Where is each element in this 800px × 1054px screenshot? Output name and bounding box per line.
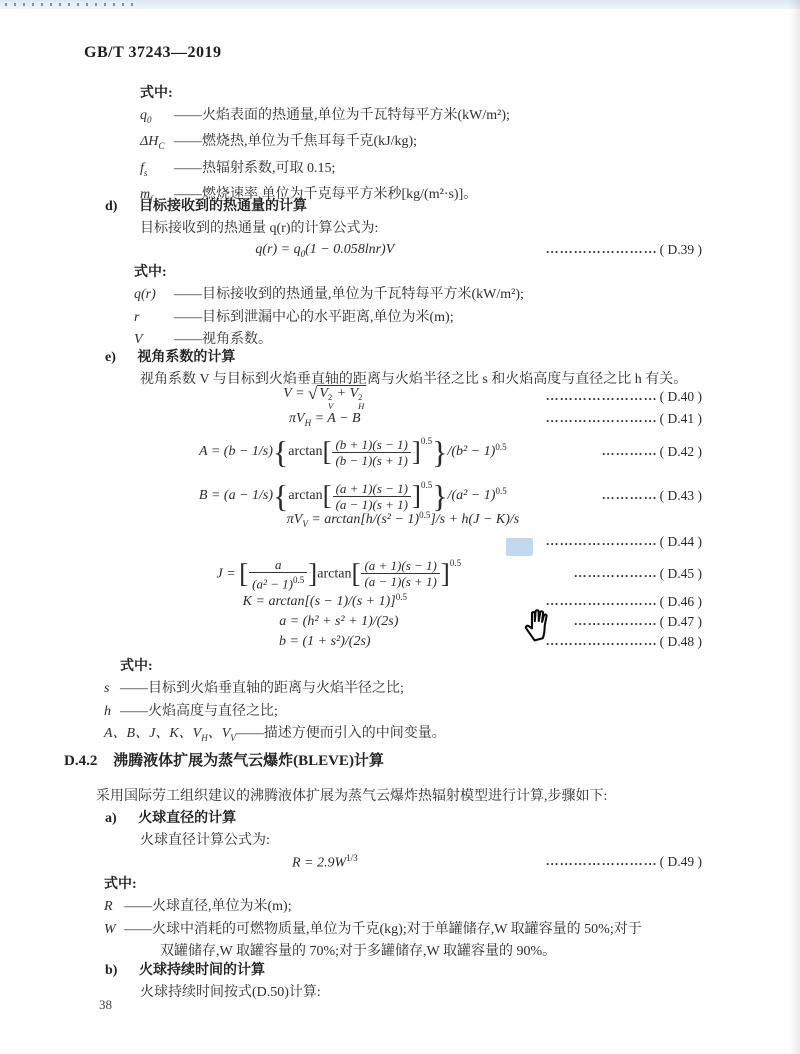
section-e-label: e) [105,350,116,365]
formula-label: ( D.39 ) [660,242,702,257]
section-d42-heading: D.4.2 沸腾液体扩展为蒸气云爆炸(BLEVE)计算 [64,750,384,772]
symbol: s [104,678,120,701]
symbol: ΔHC [140,131,174,157]
left-bracket: [ [322,437,331,467]
symbol-row-q0: q0 ——火焰表面的热通量,单位为千瓦特每平方米(kW/m²); [140,105,510,131]
page-right-edge-shadow [789,0,800,1054]
shizhong-label: 式中: [120,656,446,678]
symbol-desc: ——目标到泄漏中心的水平距离,单位为米(m); [174,307,454,330]
symbol-row-qr: q(r) ——目标接收到的热通量,单位为千瓦特每平方米(kW/m²); [134,284,524,307]
symbols-r-block: 式中: R ——火球直径,单位为米(m); W ——火球中消耗的可燃物质量,单位… [104,874,642,963]
formula-label: ( D.45 ) [660,566,702,581]
symbol: q(r) [134,284,174,307]
left-bracket: [ [351,558,360,588]
right-bracket: ] [412,437,421,467]
scanned-document-page[interactable]: GB/T 37243—2019 式中: q0 ——火焰表面的热通量,单位为千瓦特… [0,0,800,1054]
formula-label: ( D.46 ) [660,594,702,609]
formula-d48: b = (1 + s²)/(2s) ……………………( D.48 ) [104,632,702,652]
section-a-label: a) [105,811,117,826]
section-d-intro: 目标接收到的热通量 q(r)的计算公式为: [140,218,378,240]
scan-artifact-dots [5,3,135,6]
symbol: W [104,919,124,942]
formula-d47: a = (h² + s² + 1)/(2s) ………………( D.47 ) [104,612,702,632]
symbol: r [134,307,174,330]
shizhong-label: 式中: [134,262,524,284]
formula-label: ( D.43 ) [660,488,702,503]
formula-d44-line1: πVV = arctan[h/(s² − 1)0.5]/s + h(J − K)… [104,508,702,532]
section-e: e) 视角系数的计算 [105,347,235,369]
section-b-intro: 火球持续时间按式(D.50)计算: [140,982,321,1004]
formula-label: ( D.47 ) [660,614,702,629]
formula-label: ( D.40 ) [660,389,702,404]
formula-d44-label-line: ……………………( D.44 ) [104,532,702,552]
radical-sign: √ [308,384,317,403]
formula-d39: q(r) = q0(1 − 0.058lnr)V ……………………( D.39 … [104,238,702,262]
formula-d41: πVH = A − B ……………………( D.41 ) [104,408,702,430]
formula-d45: J = [a(a² − 1)0.5]arctan[(a + 1)(s − 1)(… [104,552,702,596]
symbol-desc: ——火球中消耗的可燃物质量,单位为千克(kg);对于单罐储存,W 取罐容量的 5… [124,919,642,942]
symbol-row-s: s ——目标到火焰垂直轴的距离与火焰半径之比; [104,678,446,701]
symbol: fs [140,158,174,184]
symbol-desc: ——热辐射系数,可取 0.15; [174,158,335,184]
right-bracket: ] [441,558,450,588]
grab-hand-cursor-icon [522,602,560,644]
section-b: b) 火球持续时间的计算 [105,960,265,982]
section-a-intro: 火球直径计算公式为: [140,830,270,852]
symbol-row-dhc: ΔHC ——燃烧热,单位为千焦耳每千克(kJ/kg); [140,131,510,157]
standard-number-header: GB/T 37243—2019 [84,44,221,62]
symbol: h [104,701,120,724]
symbol-desc: ——描述方便而引入的中间变量。 [236,723,446,749]
symbol-desc: ——目标到火焰垂直轴的距离与火焰半径之比; [120,678,404,701]
section-b-label: b) [105,963,117,978]
symbol-row-W: W ——火球中消耗的可燃物质量,单位为千克(kg);对于单罐储存,W 取罐容量的… [104,919,642,942]
section-e-title: 视角系数的计算 [137,350,235,365]
symbol-desc: ——火焰表面的热通量,单位为千瓦特每平方米(kW/m²); [174,105,510,131]
symbol-desc: ——燃烧热,单位为千焦耳每千克(kJ/kg); [174,131,417,157]
shizhong-label: 式中: [104,874,642,896]
symbol-desc: ——火球直径,单位为米(m); [124,896,292,919]
left-bracket: [ [239,558,248,588]
right-bracket: ] [308,558,317,588]
section-a-title: 火球直径的计算 [138,811,236,826]
section-d: d) 目标接收到的热通量的计算 [105,196,307,218]
symbol-desc: ——目标接收到的热通量,单位为千瓦特每平方米(kW/m²); [174,284,524,307]
shizhong-label: 式中: [140,83,510,105]
symbol: A、B、J、K、VH、VV [104,723,236,749]
section-number: D.4.2 [64,753,97,769]
symbols-mid-block: 式中: q(r) ——目标接收到的热通量,单位为千瓦特每平方米(kW/m²); … [134,262,524,352]
formula-label: ( D.44 ) [660,534,702,549]
right-brace: } [432,434,447,470]
left-bracket: [ [323,481,332,511]
formula-label: ( D.41 ) [660,411,702,426]
selection-highlight [506,538,533,556]
formula-label: ( D.42 ) [660,444,702,459]
section-b-title: 火球持续时间的计算 [139,963,265,978]
page-number: 38 [99,997,112,1013]
section-a: a) 火球直径的计算 [105,808,236,830]
formula-label: ( D.48 ) [660,634,702,649]
section-d-title: 目标接收到的热通量的计算 [139,199,307,214]
symbols-e-block: 式中: s ——目标到火焰垂直轴的距离与火焰半径之比; h ——火焰高度与直径之… [104,656,446,749]
formula-d40: V = √V2V + V2H ……………………( D.40 ) [104,386,702,408]
symbol-row-r: r ——目标到泄漏中心的水平距离,单位为米(m); [134,307,524,330]
formula-d49: R = 2.9W1/3 ……………………( D.49 ) [104,850,702,874]
left-brace: { [273,434,288,470]
section-d42-paragraph: 采用国际劳工组织建议的沸腾液体扩展为蒸气云爆炸热辐射模型进行计算,步骤如下: [96,786,607,808]
formula-d46: K = arctan[(s − 1)/(s + 1)]0.5 ……………………(… [104,592,702,612]
symbol-row-fs: fs ——热辐射系数,可取 0.15; [140,158,510,184]
symbol-row-intermediate-vars: A、B、J、K、VH、VV ——描述方便而引入的中间变量。 [104,723,446,749]
symbol-row-h: h ——火焰高度与直径之比; [104,701,446,724]
formula-d42: A = (b − 1/s){arctan[(b + 1)(s − 1)(b − … [104,430,702,474]
formula-label: ( D.49 ) [660,854,702,869]
symbols-top-block: 式中: q0 ——火焰表面的热通量,单位为千瓦特每平方米(kW/m²); ΔHC… [140,83,510,210]
section-title: 沸腾液体扩展为蒸气云爆炸(BLEVE)计算 [113,753,384,769]
symbol: q0 [140,105,174,131]
right-bracket: ] [412,481,421,511]
symbol: R [104,896,124,919]
symbol-row-R: R ——火球直径,单位为米(m); [104,896,642,919]
symbol-desc: ——火焰高度与直径之比; [120,701,278,724]
section-d-label: d) [105,199,117,214]
